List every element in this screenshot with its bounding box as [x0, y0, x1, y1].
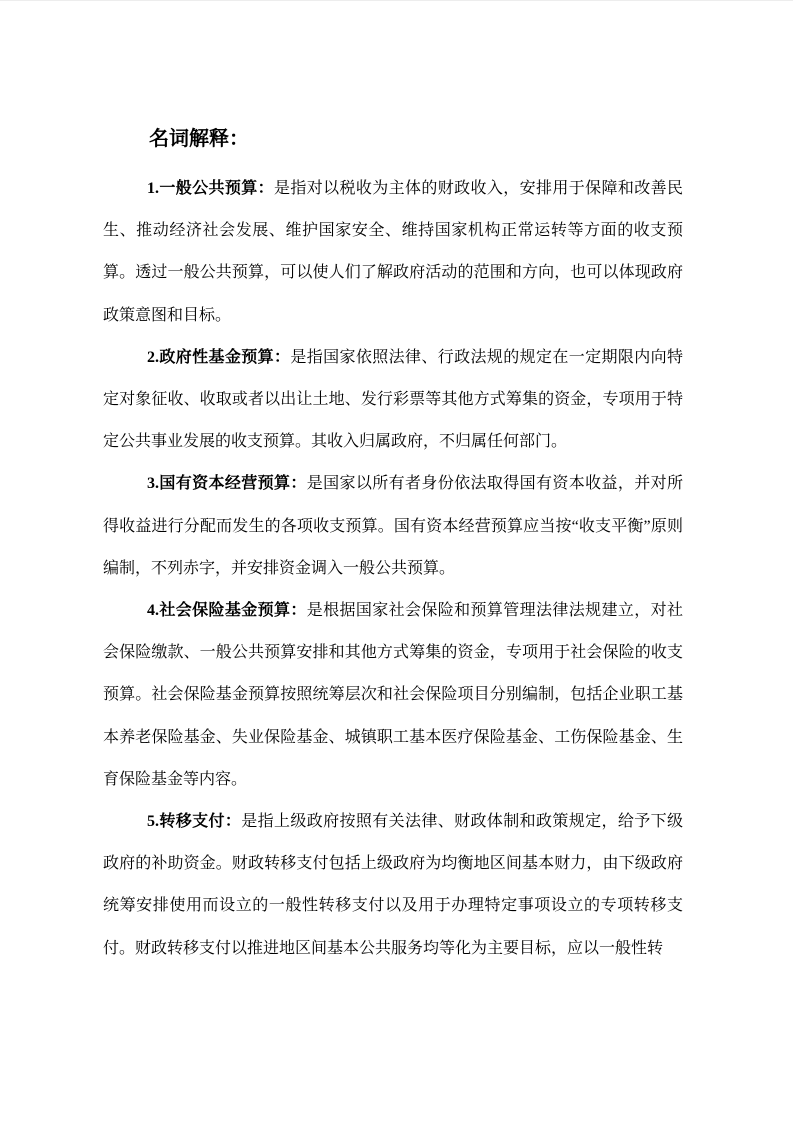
document-content: 名词解释： 1.一般公共预算：是指对以税收为主体的财政收入，安排用于保障和改善民… — [103, 118, 683, 970]
term-label: 4.社会保险基金预算： — [147, 602, 307, 619]
term-paragraph: 4.社会保险基金预算：是根据国家社会保险和预算管理法律法规建立，对社会保险缴款、… — [103, 590, 683, 801]
document-title: 名词解释： — [103, 118, 683, 160]
term-paragraph: 1.一般公共预算：是指对以税收为主体的财政收入，安排用于保障和改善民生、推动经济… — [103, 168, 683, 337]
term-label: 3.国有资本经营预算： — [147, 475, 307, 492]
term-label: 1.一般公共预算： — [147, 180, 274, 197]
term-definition: 是根据国家社会保险和预算管理法律法规建立，对社会保险缴款、一般公共预算安排和其他… — [103, 602, 683, 788]
term-definition: 是指对以税收为主体的财政收入，安排用于保障和改善民生、推动经济社会发展、维护国家… — [103, 180, 683, 324]
term-paragraph: 3.国有资本经营预算：是国家以所有者身份依法取得国有资本收益，并对所得收益进行分… — [103, 463, 683, 590]
term-definition: 是指上级政府按照有关法律、财政体制和政策规定，给予下级政府的补助资金。财政转移支… — [103, 813, 683, 957]
term-paragraph: 5.转移支付：是指上级政府按照有关法律、财政体制和政策规定，给予下级政府的补助资… — [103, 801, 683, 970]
term-label: 2.政府性基金预算： — [147, 349, 290, 366]
term-paragraph: 2.政府性基金预算：是指国家依照法律、行政法规的规定在一定期限内向特定对象征收、… — [103, 337, 683, 464]
document-page: 名词解释： 1.一般公共预算：是指对以税收为主体的财政收入，安排用于保障和改善民… — [0, 0, 793, 1122]
term-label: 5.转移支付： — [147, 813, 241, 830]
